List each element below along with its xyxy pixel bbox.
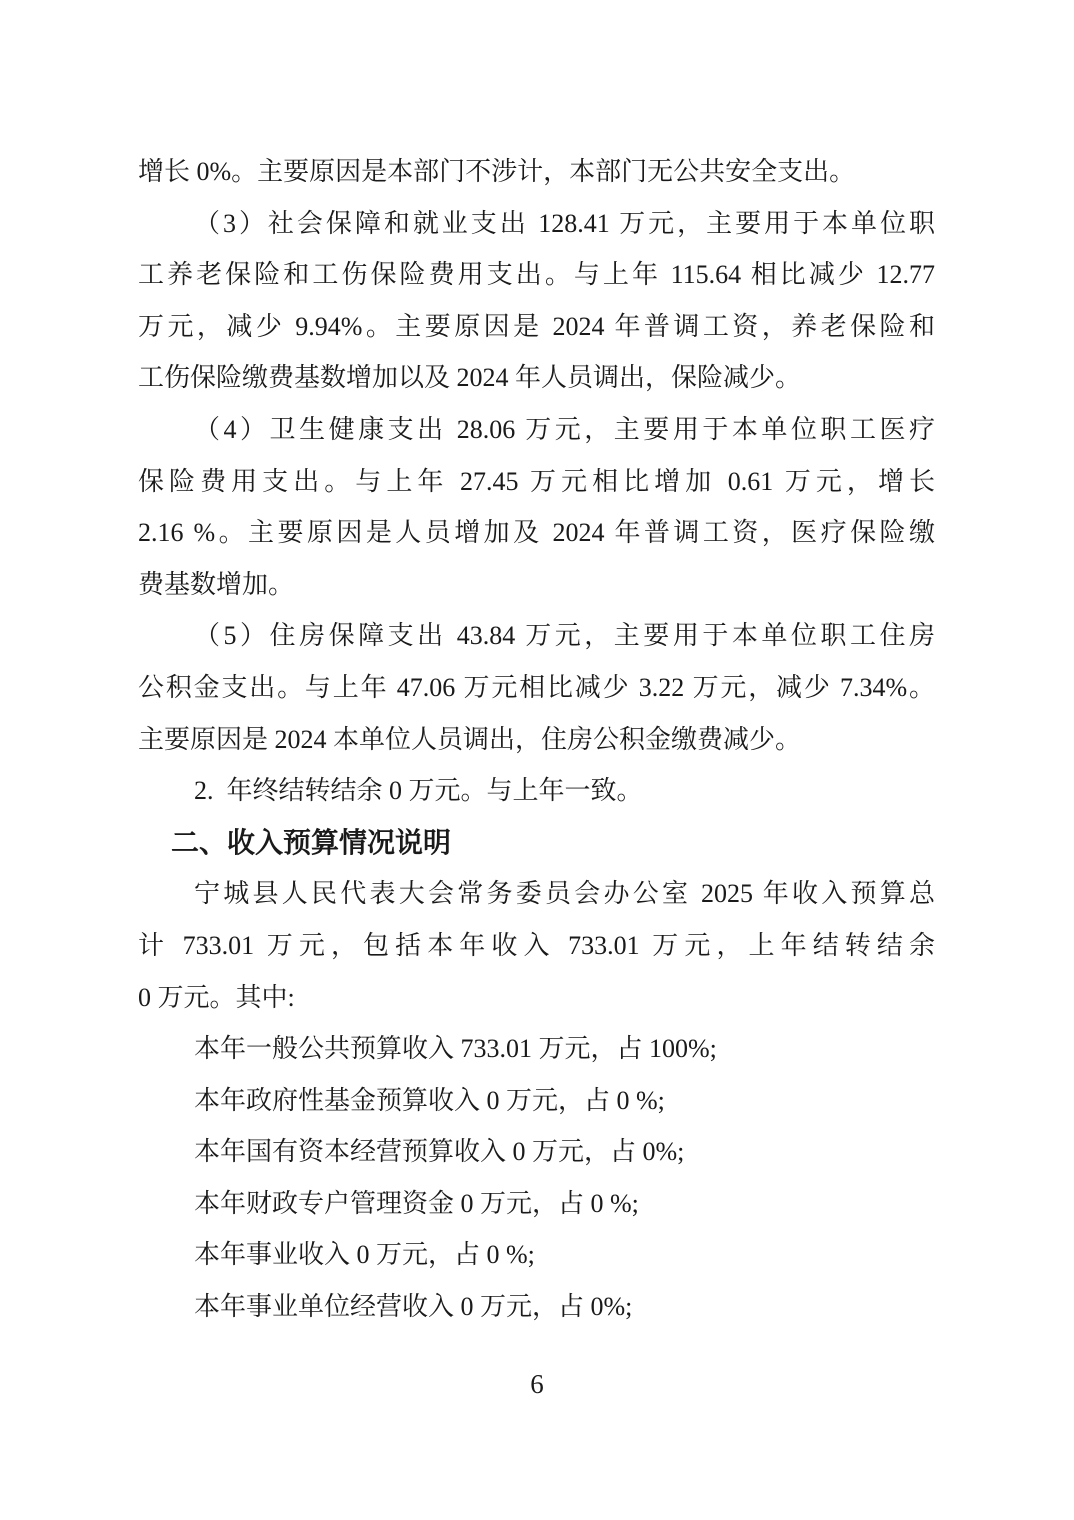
paragraph: 增长 0%。主要原因是本部门不涉计，本部门无公共安全支出。	[138, 146, 935, 198]
text-line: 本年事业收入 0 万元，占 0 %;	[138, 1229, 935, 1281]
paragraph: 本年一般公共预算收入 733.01 万元，占 100%;	[138, 1023, 935, 1075]
text-line: 主要原因是 2024 本单位人员调出，住房公积金缴费减少。	[138, 714, 935, 766]
text-line: 本年事业单位经营收入 0 万元，占 0%;	[138, 1281, 935, 1333]
paragraph: （4）卫生健康支出 28.06 万元，主要用于本单位职工医疗 保险费用支出。与上…	[138, 404, 935, 610]
section-heading: 二、收入预算情况说明	[138, 817, 935, 869]
text-line: 本年国有资本经营预算收入 0 万元，占 0%;	[138, 1126, 935, 1178]
document-page: 增长 0%。主要原因是本部门不涉计，本部门无公共安全支出。 （3）社会保障和就业…	[0, 0, 1074, 1520]
paragraph: 本年事业单位经营收入 0 万元，占 0%;	[138, 1281, 935, 1333]
text-line: 计 733.01 万元，包括本年收入 733.01 万元，上年结转结余	[138, 920, 935, 972]
text-line: （3）社会保障和就业支出 128.41 万元，主要用于本单位职	[138, 198, 935, 250]
text-line: 本年政府性基金预算收入 0 万元，占 0 %;	[138, 1075, 935, 1127]
text-line: （4）卫生健康支出 28.06 万元，主要用于本单位职工医疗	[138, 404, 935, 456]
text-line: 本年一般公共预算收入 733.01 万元，占 100%;	[138, 1023, 935, 1075]
text-line: 2. 年终结转结余 0 万元。与上年一致。	[138, 765, 935, 817]
paragraph: 宁城县人民代表大会常务委员会办公室 2025 年收入预算总 计 733.01 万…	[138, 868, 935, 1023]
text-line: 费基数增加。	[138, 559, 935, 611]
paragraph: 本年国有资本经营预算收入 0 万元，占 0%;	[138, 1126, 935, 1178]
text-line: 工伤保险缴费基数增加以及 2024 年人员调出，保险减少。	[138, 352, 935, 404]
text-line: 保险费用支出。与上年 27.45 万元相比增加 0.61 万元，增长	[138, 456, 935, 508]
text-line: 增长 0%。主要原因是本部门不涉计，本部门无公共安全支出。	[138, 146, 935, 198]
document-content: 增长 0%。主要原因是本部门不涉计，本部门无公共安全支出。 （3）社会保障和就业…	[138, 146, 935, 1333]
text-line: 工养老保险和工伤保险费用支出。与上年 115.64 相比减少 12.77	[138, 249, 935, 301]
text-line: 0 万元。其中:	[138, 972, 935, 1024]
paragraph: （3）社会保障和就业支出 128.41 万元，主要用于本单位职 工养老保险和工伤…	[138, 198, 935, 404]
page-footer: 6	[0, 1362, 1074, 1406]
paragraph: 本年政府性基金预算收入 0 万元，占 0 %;	[138, 1075, 935, 1127]
paragraph: （5）住房保障支出 43.84 万元，主要用于本单位职工住房 公积金支出。与上年…	[138, 610, 935, 765]
text-line: 万元，减少 9.94%。主要原因是 2024 年普调工资，养老保险和	[138, 301, 935, 353]
text-line: （5）住房保障支出 43.84 万元，主要用于本单位职工住房	[138, 610, 935, 662]
text-line: 2.16 %。主要原因是人员增加及 2024 年普调工资，医疗保险缴	[138, 507, 935, 559]
paragraph: 2. 年终结转结余 0 万元。与上年一致。	[138, 765, 935, 817]
text-line: 本年财政专户管理资金 0 万元，占 0 %;	[138, 1178, 935, 1230]
text-line: 宁城县人民代表大会常务委员会办公室 2025 年收入预算总	[138, 868, 935, 920]
page-number: 6	[530, 1369, 544, 1399]
paragraph: 本年事业收入 0 万元，占 0 %;	[138, 1229, 935, 1281]
text-line: 公积金支出。与上年 47.06 万元相比减少 3.22 万元，减少 7.34%。	[138, 662, 935, 714]
paragraph: 本年财政专户管理资金 0 万元，占 0 %;	[138, 1178, 935, 1230]
